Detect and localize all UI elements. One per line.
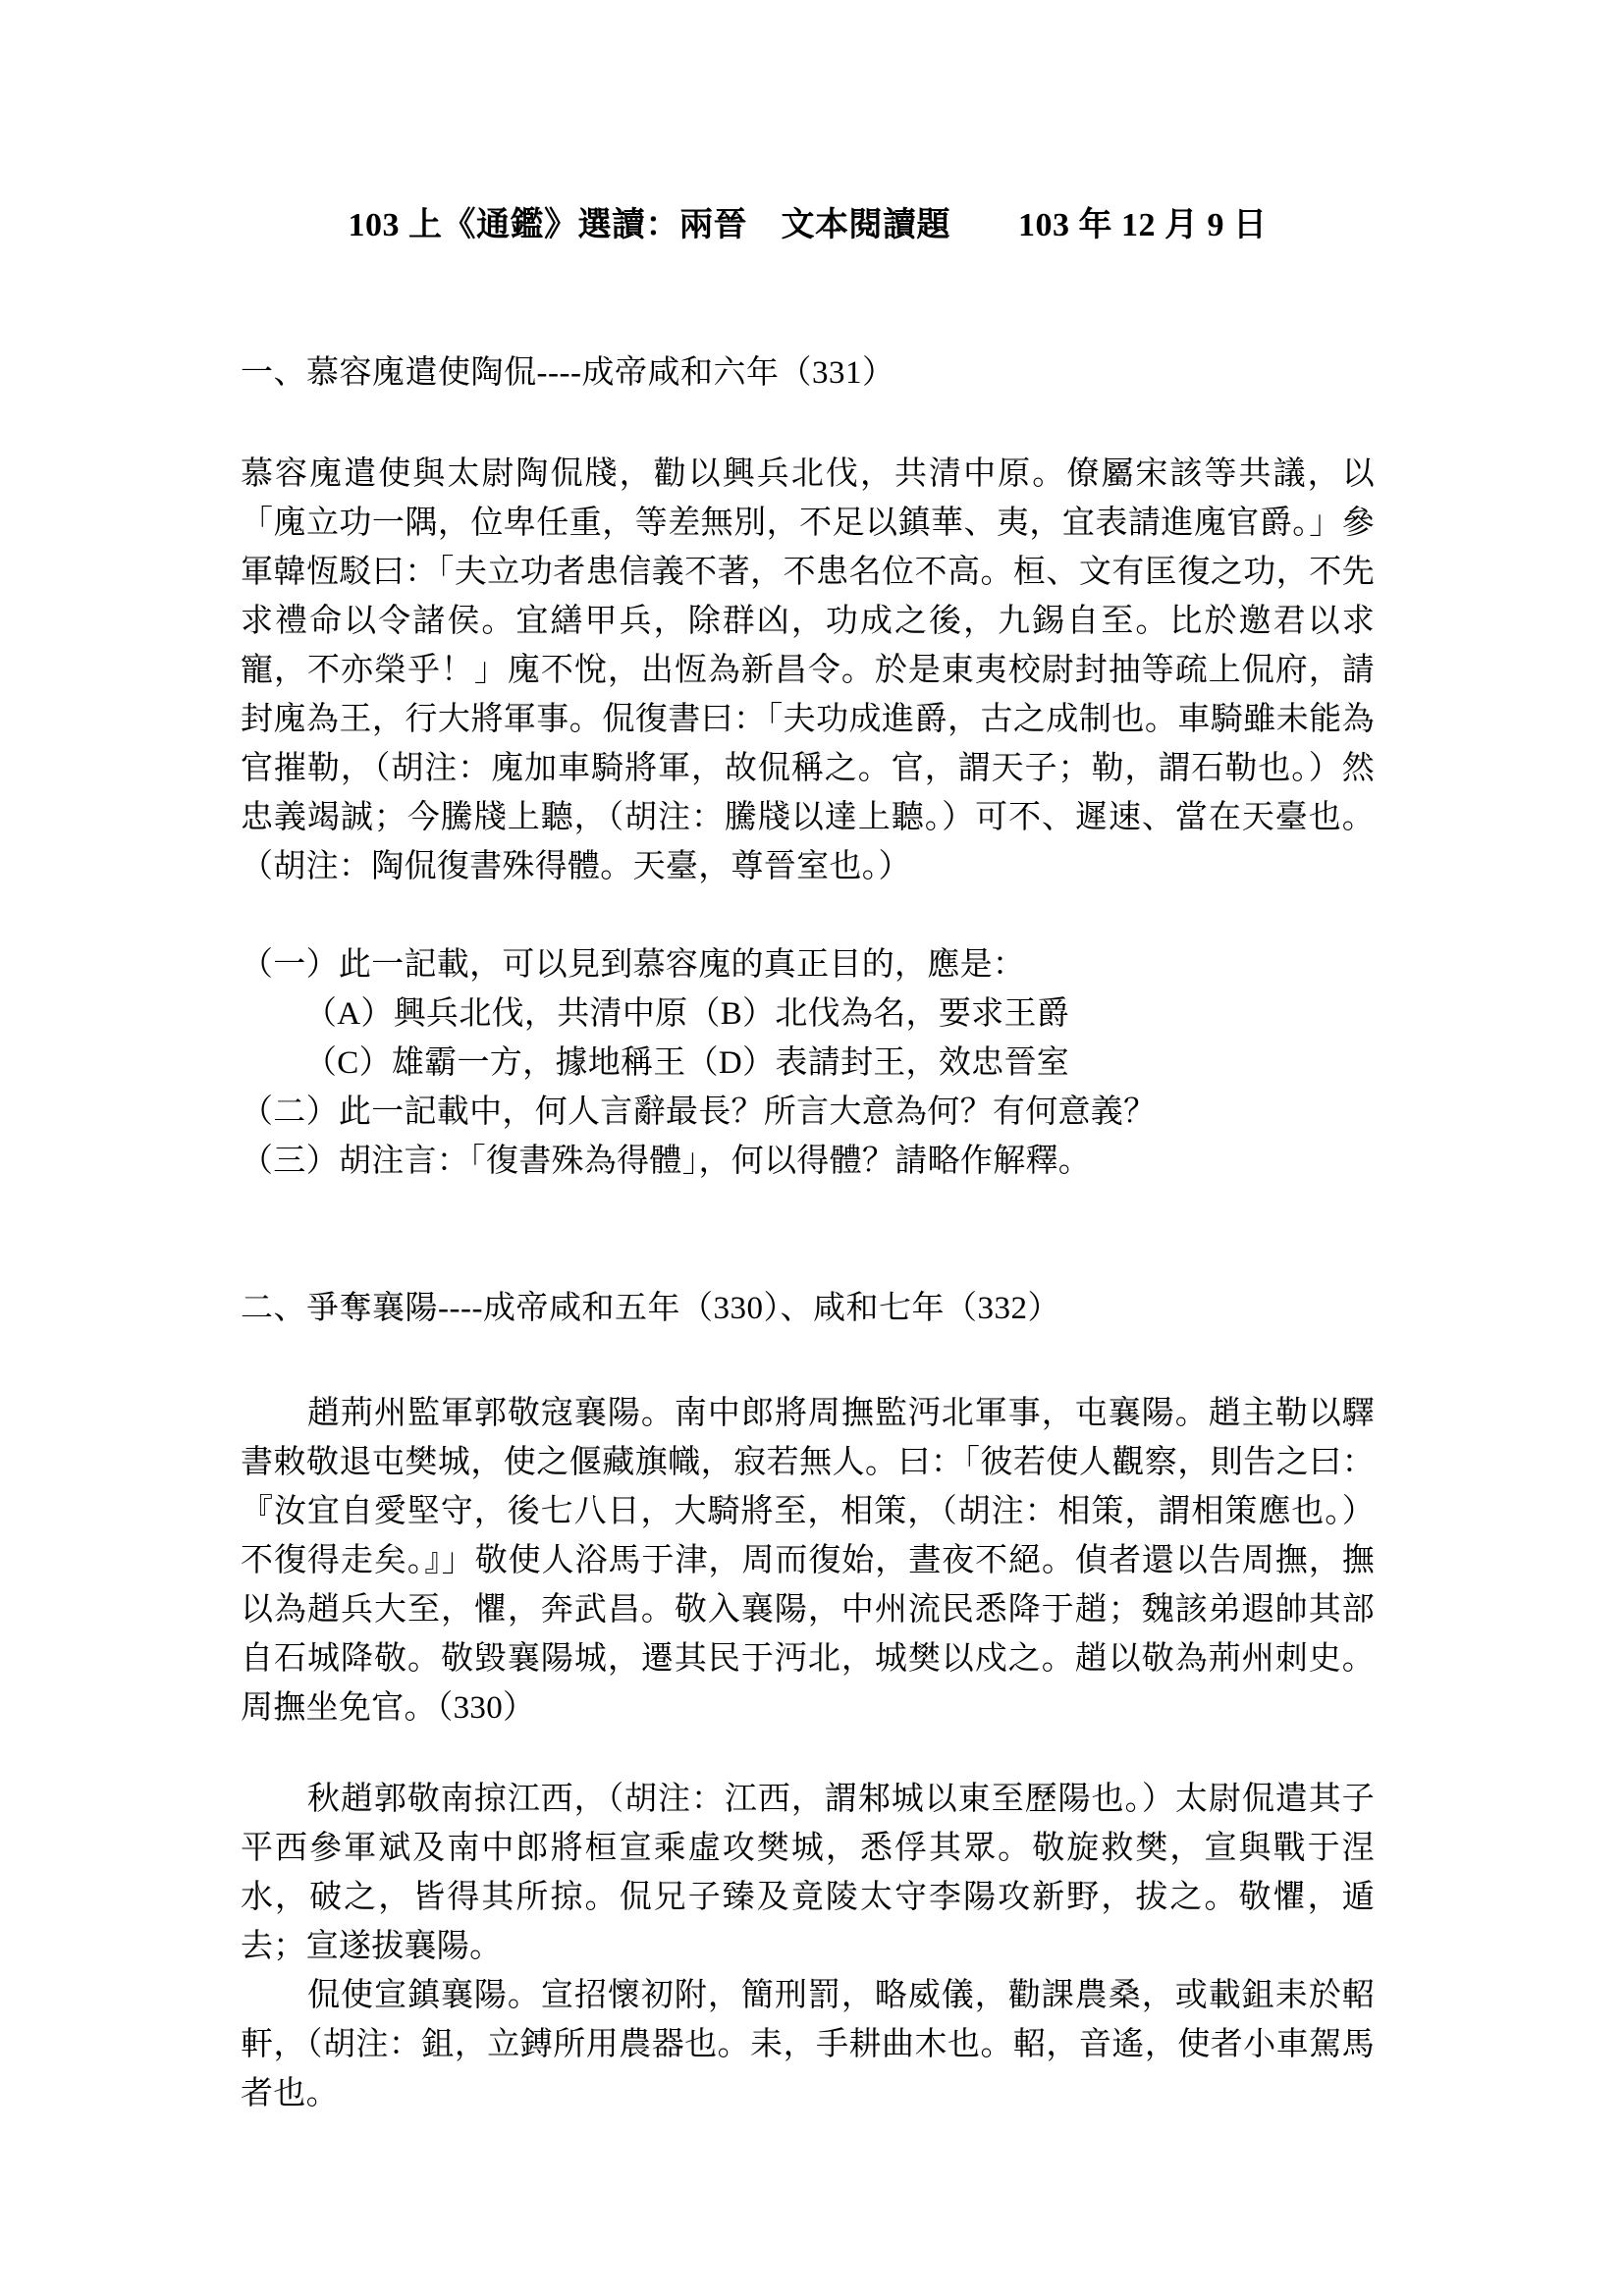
section1-heading: 一、慕容廆遣使陶侃----成帝咸和六年（331） (241, 348, 1375, 398)
document-title: 103 上《通鑑》選讀：兩晉 文本閱讀題 103 年 12 月 9 日 (241, 201, 1375, 250)
question-1-options-cd: （C）雄霸一方，據地稱王（D）表請封王，效忠晉室 (241, 1039, 1375, 1088)
question-1-options-ab: （A）興兵北伐，共清中原（B）北伐為名，要求王爵 (241, 989, 1375, 1039)
section1-questions: （一）此一記載，可以見到慕容廆的真正目的，應是： （A）興兵北伐，共清中原（B）… (241, 940, 1375, 1186)
document-page: 103 上《通鑑》選讀：兩晉 文本閱讀題 103 年 12 月 9 日 一、慕容… (0, 0, 1624, 2296)
section2-paragraph-3: 侃使宣鎮襄陽。宣招懷初附，簡刑罰，略威儀，勸課農桑，或載鉏耒於軺軒，（胡注：鉏，… (241, 1971, 1375, 2118)
question-2: （二）此一記載中，何人言辭最長？所言大意為何？有何意義？ (241, 1088, 1375, 1137)
section2-paragraph-1: 趙荊州監軍郭敬寇襄陽。南中郎將周撫監沔北軍事，屯襄陽。趙主勒以驛書敕敬退屯樊城，… (241, 1389, 1375, 1733)
section1-paragraph: 慕容廆遣使與太尉陶侃牋，勸以興兵北伐，共清中原。僚屬宋該等共議，以「廆立功一隅，… (241, 450, 1375, 891)
question-3: （三）胡注言：「復書殊為得體」，何以得體？請略作解釋。 (241, 1137, 1375, 1186)
question-1: （一）此一記載，可以見到慕容廆的真正目的，應是： (241, 940, 1375, 989)
section2-heading: 二、爭奪襄陽----成帝咸和五年（330）、咸和七年（332） (241, 1284, 1375, 1333)
section2-paragraph-2: 秋趙郭敬南掠江西，（胡注：江西，謂邾城以東至歷陽也。）太尉侃遣其子平西參軍斌及南… (241, 1775, 1375, 1971)
